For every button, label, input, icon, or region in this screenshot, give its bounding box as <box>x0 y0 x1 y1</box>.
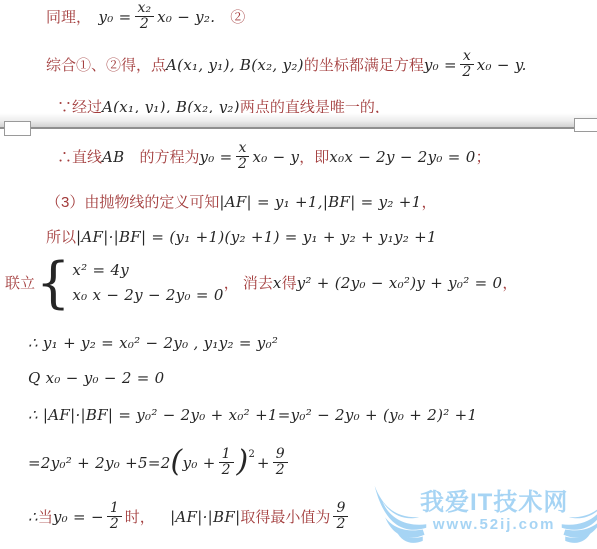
text-run-red: ② <box>215 6 245 27</box>
line-complete-square: =2y₀² + 2y₀ +5=2(y₀ + 12)2 + 92 <box>28 447 291 479</box>
line-combine: 综合①、②得，点 A(x₁, y₁), B(x₂, y₂)的坐标都满足方程 y₀… <box>46 49 527 81</box>
fraction-numerator: x <box>236 141 250 157</box>
math-run: x₀x − 2y − 2y₀ = 0 <box>329 148 475 166</box>
right-wing-icon <box>560 476 597 548</box>
text-run-red: ， <box>502 272 517 293</box>
math-run: x <box>273 274 282 292</box>
text-run-red: 同理， <box>46 6 99 27</box>
superscript: 2 <box>249 449 255 460</box>
math-run: AB <box>102 148 124 166</box>
equation-system: {x² = 4yx₀ x − 2y − 2y₀ = 0 <box>35 260 224 306</box>
fraction-numerator: 1 <box>107 501 122 517</box>
page-boundary-marker-left <box>4 121 31 136</box>
big-paren: ( <box>171 450 183 474</box>
text-run-red: 所以 <box>46 226 76 247</box>
fraction: x2 <box>460 49 474 81</box>
math-run: =2y₀² + 2y₀ +5=2 <box>28 454 171 472</box>
line-product-value: ∴ |AF|·|BF| = y₀² − 2y₀ + x₀² +1=y₀² − 2… <box>28 406 477 424</box>
watermark-url: www.52ij.com <box>433 517 556 534</box>
page-break-divider <box>0 113 597 139</box>
text-run-red: ∴直线 <box>57 146 102 167</box>
text-run-red: 联立 <box>5 272 35 293</box>
text-run-red: ，即 <box>299 146 329 167</box>
fraction: 92 <box>333 501 348 533</box>
big-paren: ) <box>237 450 249 474</box>
text-run-red: 时， <box>125 506 155 527</box>
fraction-denominator: 2 <box>108 517 121 532</box>
document-page: 同理， y₀ = x₂2 x₀ − y₂. ② 综合①、②得，点 A(x₁, y… <box>0 0 597 549</box>
line-product-expansion: 所以|AF|·|BF| = (y₁ +1)(y₂ +1) = y₁ + y₂ +… <box>46 226 437 247</box>
math-run: ∴ y₁ + y₂ = x₀² − 2y₀ , y₁y₂ = y₀² <box>28 334 278 352</box>
line-line-ab-equation: ∴直线 AB 的方程为 y₀ = x2 x₀ − y，即 x₀x − 2y − … <box>57 141 491 173</box>
text-run-red: 综合①、②得，点 <box>46 54 166 75</box>
watermark-text: 我爱IT技术网 www.52ij.com <box>420 490 568 534</box>
line-vieta: ∴ y₁ + y₂ = x₀² − 2y₀ , y₁y₂ = y₀² <box>28 334 278 352</box>
math-run: y₀ + <box>183 454 216 472</box>
fraction-denominator: 2 <box>236 157 249 172</box>
page-break-line <box>0 127 597 129</box>
fraction: 12 <box>107 501 122 533</box>
fraction-numerator: x <box>460 49 474 65</box>
text-run-red: ， 消去 <box>224 272 273 293</box>
watermark-title: 我爱IT技术网 <box>420 490 568 516</box>
system-brace: { <box>36 260 70 307</box>
fraction-numerator: 1 <box>219 447 234 463</box>
line-system: 联立{x² = 4yx₀ x − 2y − 2y₀ = 0， 消去 x得 y² … <box>5 260 517 306</box>
math-run: |AF|·|BF| = (y₁ +1)(y₂ +1) = y₁ + y₂ + y… <box>76 228 437 246</box>
math-run: y₀ = <box>424 56 457 74</box>
text-run-red: 取得最小值为 <box>240 506 330 527</box>
page-edge-shadow <box>0 113 597 127</box>
fraction-numerator: 9 <box>273 447 288 463</box>
text-run-red: 的方程为 <box>124 146 199 167</box>
math-run: x₀ − y₂. <box>157 8 215 26</box>
fraction: x2 <box>236 141 250 173</box>
fraction: 92 <box>273 447 288 479</box>
fraction-denominator: 2 <box>138 17 151 32</box>
fraction: x₂2 <box>135 1 155 33</box>
math-run: y₀ = <box>99 8 132 26</box>
math-run: y₀ = <box>200 148 233 166</box>
math-run: y₀ = − <box>53 508 104 526</box>
math-run: ∴ <box>28 508 38 526</box>
fraction: 12 <box>219 447 234 479</box>
page-boundary-marker-right <box>574 118 597 132</box>
line-part3-definition: （3）由抛物线的定义可知|AF| = y₁ +1,|BF| = y₂ +1， <box>46 191 436 212</box>
line-minimum: ∴ 当 y₀ = −12 时， |AF|·|BF|取得最小值为92 <box>28 501 351 533</box>
line-similarly: 同理， y₀ = x₂2 x₀ − y₂. ② <box>46 1 245 33</box>
text-run-red: ； <box>476 146 491 167</box>
text-run-red: （3）由抛物线的定义可知 <box>46 191 219 212</box>
fraction-numerator: x₂ <box>135 1 155 17</box>
system-equation: x² = 4y <box>72 261 223 279</box>
math-run: y² + (2y₀ − x₀²)y + y₀² = 0 <box>297 274 503 292</box>
fraction-numerator: 9 <box>333 501 348 517</box>
system-equation: x₀ x − 2y − 2y₀ = 0 <box>72 286 223 304</box>
fraction-denominator: 2 <box>274 463 287 478</box>
math-run: + <box>257 454 270 472</box>
fraction-denominator: 2 <box>334 517 347 532</box>
math-run: A(x₁, y₁), B(x₂, y₂) <box>166 56 304 74</box>
text-run-red: 得 <box>282 272 297 293</box>
line-constraint: Q x₀ − y₀ − 2 = 0 <box>28 369 165 387</box>
math-run: ∴ |AF|·|BF| = y₀² − 2y₀ + x₀² +1=y₀² − 2… <box>28 406 477 424</box>
text-run-red: 当 <box>38 506 53 527</box>
fraction-denominator: 2 <box>220 463 233 478</box>
math-run: Q x₀ − y₀ − 2 = 0 <box>28 369 165 387</box>
math-run: |AF|·|BF| <box>155 506 241 527</box>
text-run-red: ， <box>421 191 436 212</box>
text-run-red: 的坐标都满足方程 <box>304 54 424 75</box>
math-run: x₀ − y <box>252 148 299 166</box>
fraction-denominator: 2 <box>460 65 473 80</box>
system-rows: x² = 4yx₀ x − 2y − 2y₀ = 0 <box>72 261 223 304</box>
watermark: 我爱IT技术网 www.52ij.com <box>372 474 597 549</box>
math-run: |AF| = y₁ +1,|BF| = y₂ +1 <box>219 193 421 211</box>
math-run: x₀ − y. <box>477 56 527 74</box>
